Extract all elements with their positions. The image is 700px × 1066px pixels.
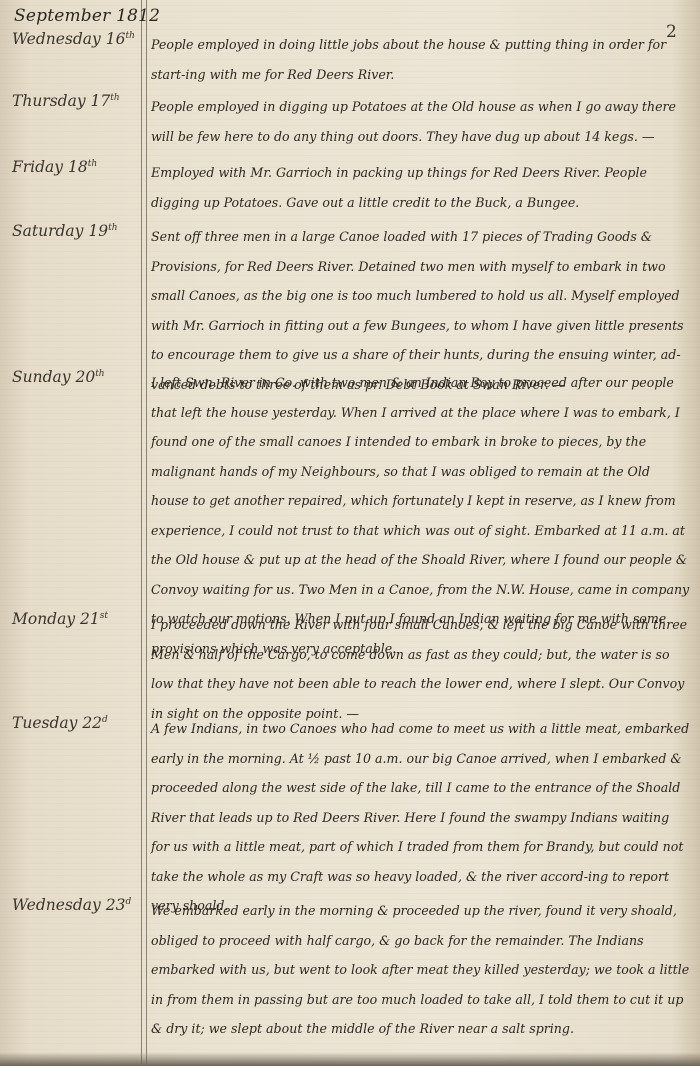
entry-text: Employed with Mr. Garrioch in packing up… <box>151 158 691 217</box>
entry-date: Monday 21st <box>12 610 137 628</box>
entry-text: People employed in digging up Potatoes a… <box>151 92 691 151</box>
entry-date: Thursday 17th <box>12 92 137 110</box>
entry-date: Wednesday 23d <box>12 896 137 914</box>
journal-page: September 1812 2 Wednesday 16th People e… <box>0 0 700 1066</box>
entry-date: Saturday 19th <box>12 222 137 240</box>
entry-text: I proceeded down the River with four sma… <box>151 610 691 728</box>
entry-text: A few Indians, in two Canoes who had com… <box>151 714 691 921</box>
entry-text: People employed in doing little jobs abo… <box>151 30 691 89</box>
entry-date: Tuesday 22d <box>12 714 137 732</box>
entry-text: We embarked early in the morning & proce… <box>151 896 691 1044</box>
entry-date: Sunday 20th <box>12 368 137 386</box>
month-year-heading: September 1812 <box>14 6 160 26</box>
entry-date: Wednesday 16th <box>12 30 137 48</box>
margin-rule <box>141 0 147 1066</box>
entry-date: Friday 18th <box>12 158 137 176</box>
